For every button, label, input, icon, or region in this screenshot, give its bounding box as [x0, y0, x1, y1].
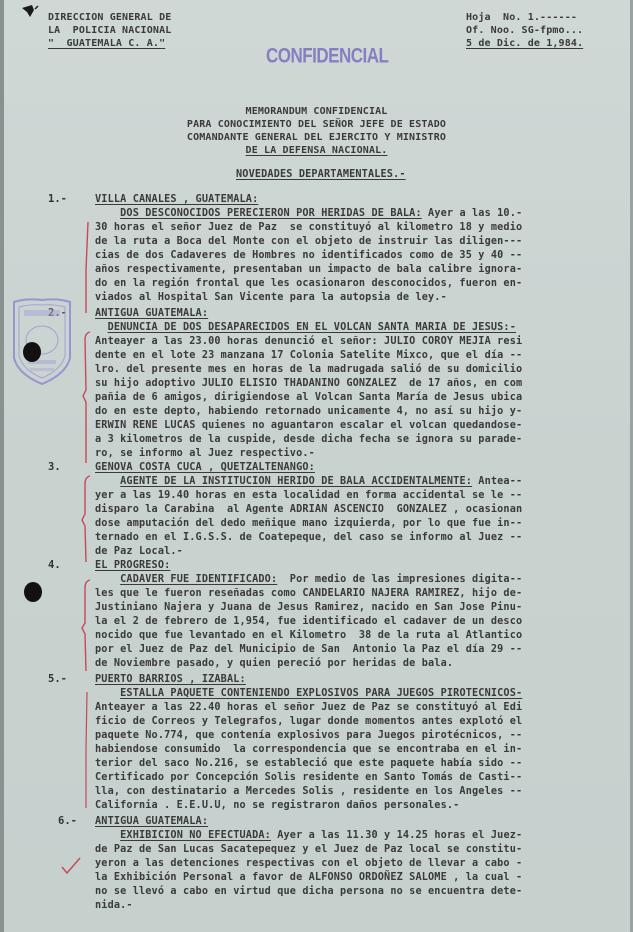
item-text-line: no se llevó a cabo en virtud que dicha p… — [95, 885, 522, 899]
item-text-line: les que le fueron reseñadas como CANDELA… — [95, 587, 522, 601]
item-headline: DOS DESCONOCIDOS PERECIERON POR HERIDAS … — [120, 208, 422, 219]
item-text-line: lro. del presente mes en horas de la mad… — [95, 363, 522, 377]
item-text-line: California . E.E.U.U, no se registraron … — [95, 799, 459, 813]
sheet-number: Hoja No. 1.------ — [466, 12, 577, 25]
margin-bracket-mark — [80, 690, 92, 810]
item-text-line: la el 2 de febrero de 1,954, fue identif… — [95, 615, 522, 629]
item-first-line: CADAVER FUE IDENTIFICADO: Por medio de l… — [95, 573, 522, 587]
item-text-line: de Paz Local.- — [95, 545, 183, 559]
item-headline: AGENTE DE LA INSTITUCION HERIDO DE BALA … — [120, 476, 472, 487]
item-first-line: ESTALLA PAQUETE CONTENIENDO EXPLOSIVOS P… — [95, 687, 522, 701]
item-text-line: cias de dos Cadaveres de Hombres no iden… — [95, 249, 522, 263]
item-text-line: Certificado por Concepción Solis residen… — [95, 771, 522, 785]
item-number: 6.- — [58, 815, 77, 827]
item-headline: DENUNCIA DE DOS DESAPARECIDOS EN EL VOLC… — [108, 322, 516, 333]
item-number: 5.- — [48, 673, 67, 685]
item-text-line: ternado en el I.G.S.S. de Coatepeque, de… — [95, 531, 522, 545]
header-agency-line3: " GUATEMALA C. A." — [48, 38, 165, 51]
item-first-line: DOS DESCONOCIDOS PERECIERON POR HERIDAS … — [95, 207, 522, 221]
item-text-line: paquete No.774, que contenía explosivos … — [95, 729, 522, 743]
item-text-line: ERWIN RENE LUCAS quienes no aguantaron e… — [95, 419, 522, 433]
item-text-line: dose amputación del dedo meñique mano iz… — [95, 517, 522, 531]
item-text-line: ro, se informo al Juez respectivo.- — [95, 447, 315, 461]
item-text-line: Justiniano Najera y Juana de Jesus Ramir… — [95, 601, 522, 615]
item-text-line: terior del saco No.216, se estableció qu… — [95, 757, 522, 771]
item-first-line: EXHIBICION NO EFECTUADA: Ayer a las 11.3… — [95, 829, 522, 843]
item-headline: CADAVER FUE IDENTIFICADO: — [120, 574, 277, 585]
margin-bracket-mark — [80, 330, 92, 465]
memo-title-line4: DE LA DEFENSA NACIONAL. — [0, 144, 633, 158]
item-text-line: habiendose consumido la correspondencia … — [95, 743, 522, 757]
item-number: 4. — [48, 559, 61, 571]
item-text-line: nocido que fue levantado en el Kilometro… — [95, 629, 522, 643]
checkmark-icon — [60, 855, 82, 875]
section-heading: NOVEDADES DEPARTAMENTALES.- — [236, 168, 406, 182]
item-text-line: disparo la Carabina al Agente ADRIAN ASC… — [95, 503, 522, 517]
confidential-stamp: CONFIDENCIAL — [266, 42, 378, 70]
item-text-line: por el Juez de Paz del Municipio de San … — [95, 643, 522, 657]
item-text-line: años respectivamente, presentaban un imp… — [95, 263, 522, 277]
item-text-line: lla, con destinatario a Mercedes Solis ,… — [95, 785, 522, 799]
punch-hole — [23, 342, 41, 362]
item-headline: ESTALLA PAQUETE CONTENIENDO EXPLOSIVOS P… — [120, 688, 522, 699]
office-reference: Of. Noo. SG-fpmo... — [466, 25, 583, 38]
item-text-line: de Noviembre pasado, y quien pereció por… — [95, 657, 453, 671]
item-number: 1.- — [48, 193, 67, 205]
item-text-line: viados al Hospital San Vicente para la a… — [95, 291, 447, 305]
item-text-line: dente en el lote 23 manzana 17 Colonia S… — [95, 349, 522, 363]
item-text-line: de Paz de San Lucas Sacatepequez y el Ju… — [95, 843, 522, 857]
document-date: 5 de Dic. de 1,984. — [466, 38, 583, 51]
item-text-line: la Exhibición Personal a favor de ALFONS… — [95, 871, 522, 885]
item-text-line: de la ruta a Boca del Monte con el objet… — [95, 235, 522, 249]
item-first-line: DENUNCIA DE DOS DESAPARECIDOS EN EL VOLC… — [95, 321, 516, 335]
item-text-line: yeron a las detenciones respectivas con … — [95, 857, 522, 871]
item-text-line: do en la región frontal que les ocasiona… — [95, 277, 522, 291]
header-agency-line1: DIRECCION GENERAL DE — [48, 12, 171, 25]
item-location: GENOVA COSTA CUCA , QUETZALTENANGO: — [95, 461, 315, 475]
item-location: ANTIGUA GUATEMALA: — [95, 307, 208, 321]
item-text-line: 30 horas el señor Juez de Paz se constit… — [95, 221, 522, 235]
document-page: DIRECCION GENERAL DE LA POLICIA NACIONAL… — [0, 0, 633, 932]
item-number: 3. — [48, 461, 61, 473]
item-text-line: su hijo adoptivo JULIO ELISIO THADANINO … — [95, 377, 522, 391]
item-location: PUERTO BARRIOS , IZABAL: — [95, 673, 246, 687]
item-location: ANTIGUA GUATEMALA: — [95, 815, 208, 829]
ink-blot-icon — [20, 4, 40, 18]
item-headline: EXHIBICION NO EFECTUADA: — [120, 830, 271, 841]
item-text-line: ficio de Correos y Telegrafos, lugar don… — [95, 715, 522, 729]
item-text-line: pañia de 6 amigos, dirigiendose al Volca… — [95, 391, 522, 405]
punch-hole — [24, 582, 42, 602]
police-shield-stamp-icon — [6, 296, 78, 388]
item-text-line: nida.- — [95, 899, 133, 913]
header-agency-line2: LA POLICIA NACIONAL — [48, 25, 171, 38]
item-text-line: yer a las 19.40 horas en esta localidad … — [95, 489, 522, 503]
item-location: EL PROGRESO: — [95, 559, 170, 573]
item-first-line: AGENTE DE LA INSTITUCION HERIDO DE BALA … — [95, 475, 522, 489]
item-text-line: a 3 kilometros de la cuspide, desde dich… — [95, 433, 522, 447]
margin-bracket-mark — [80, 474, 92, 564]
item-location: VILLA CANALES , GUATEMALA: — [95, 193, 258, 207]
item-text-line: Anteayer a las 23.00 horas denunció el s… — [95, 335, 522, 349]
margin-bracket-mark — [80, 578, 92, 673]
item-text-line: do en este depto, habiendo retornado uni… — [95, 405, 522, 419]
item-text-line: Anteayer a las 22.40 horas el señor Juez… — [95, 701, 522, 715]
margin-bracket-mark — [80, 220, 92, 315]
